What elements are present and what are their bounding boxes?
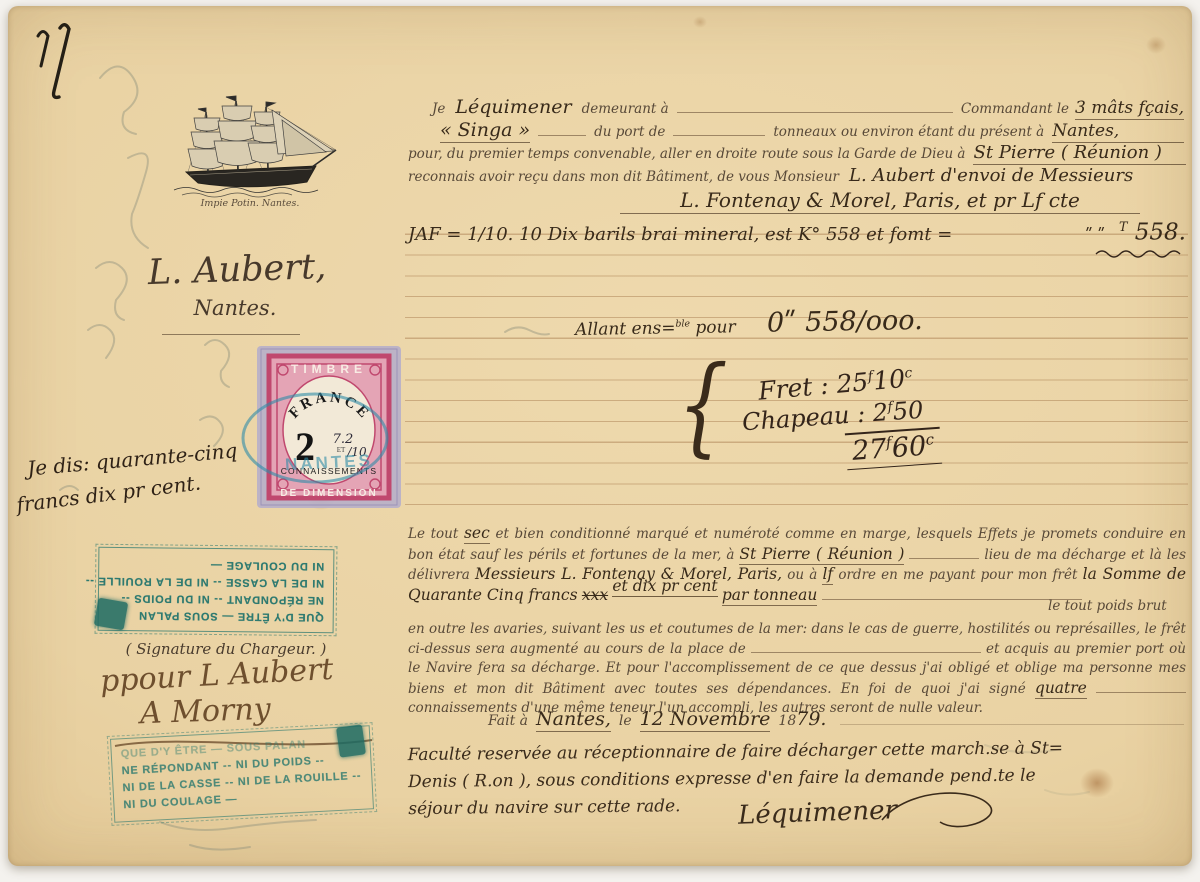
interline-insert: et dix pr cent [612, 577, 717, 598]
clause-tail: le tout poids brut [1048, 598, 1167, 614]
total-value: 558. [1135, 220, 1186, 246]
fret-label: Fret : [757, 371, 830, 406]
letterhead-rule [162, 334, 300, 335]
consignee-line: L. Fontenay & Morel, Paris, et pr Lf cte [620, 188, 1140, 214]
letterhead-city: Nantes. [150, 296, 320, 320]
print-text: Le tout [408, 526, 458, 542]
fret-centimes: 10 [872, 364, 906, 396]
form-line-1: Je Léquimener demeurant à Commandant le … [432, 96, 1184, 120]
print-text: ou à [787, 567, 817, 583]
master-signature: Léquimener [738, 795, 898, 831]
blank-rule [1096, 680, 1186, 693]
date-year: 79. [796, 708, 826, 730]
print-text: Je [432, 101, 445, 117]
form-line-2: « Singa » du port de tonneaux ou environ… [440, 119, 1184, 143]
blank-rule [538, 121, 586, 136]
form-line-3: pour, du premier temps convenable, aller… [408, 142, 1186, 165]
clause-stamp: QUE D'Y ÊTRE — SOUS PALAN NE RÉPONDANT -… [110, 725, 374, 822]
copies-count: quatre [1035, 679, 1087, 699]
total-sup-c: c [925, 430, 935, 449]
blank-rule [673, 121, 765, 136]
vessel-type: 3 mâts fçais, [1075, 98, 1184, 120]
scanned-bill-of-lading: Impie Potin. Nantes. L. Aubert, Nantes. … [0, 0, 1200, 882]
ink-blob [94, 598, 128, 631]
cargo-total: T 558. [1119, 219, 1186, 246]
ruled-lines [405, 214, 1188, 524]
print-text: pour, du premier temps convenable, aller… [408, 146, 965, 162]
print-text: 18 [778, 713, 796, 729]
blank-rule [952, 225, 1085, 239]
total-sup: T [1119, 219, 1127, 234]
print-text: le [619, 713, 632, 729]
stamp-line: QUE D'Y ÊTRE — SOUS PALAN [108, 606, 324, 625]
clause-paragraph-2: en outre les avaries, suivant les us et … [408, 620, 1186, 719]
master-name: Léquimener [455, 96, 571, 118]
print-text: du port de [594, 124, 665, 140]
date-line: Fait à Nantes, le 12 Novembre 1879. [488, 708, 1184, 732]
ensemble-text: Allant ens= [575, 318, 676, 340]
stamp-line: NI DE LA CASSE -- NI DE LA ROUILLE -- [108, 572, 324, 591]
total-francs: 27 [851, 434, 887, 467]
print-text: tonneaux ou environ étant du présent à [773, 124, 1044, 140]
date-day-month: 12 Novembre [640, 708, 771, 732]
destination-repeat: St Pierre ( Réunion ) [739, 545, 904, 565]
print-text: demeurant à [582, 101, 669, 117]
ensemble-sup: ble [675, 318, 690, 329]
ditto-marks: ʺ ʺ [1085, 225, 1105, 244]
chapeau-centimes: 50 [892, 396, 924, 426]
blank-rule [677, 98, 953, 113]
print-text: Fait à [488, 713, 528, 729]
shipper-name: L. Aubert d'envoi de Messieurs [849, 165, 1133, 186]
form-line-4: reconnais avoir reçu dans mon dit Bâtime… [408, 165, 1186, 186]
ensemble-value: 0ʺ 558/ooo. [767, 305, 923, 339]
clause-stamp-inverted: QUE D'Y ÊTRE — SOUS PALAN NE RÉPONDANT -… [98, 547, 335, 633]
hand-insert: sec [464, 524, 490, 544]
fret-francs: 25 [835, 367, 869, 399]
destination: St Pierre ( Réunion ) [973, 142, 1186, 165]
freight-brace: { [676, 351, 728, 461]
letterhead-name: L. Aubert, [121, 246, 352, 294]
agent-signature: A Morny [139, 692, 271, 732]
ship-name: « Singa » [440, 119, 530, 143]
fret-sup-c: c [904, 365, 913, 382]
total-centimes: 60 [891, 431, 927, 464]
cargo-line: JAF = 1/10. 10 Dix barils brai mineral, … [408, 219, 1186, 246]
cargo-description: JAF = 1/10. 10 Dix barils brai mineral, … [408, 224, 952, 245]
per-ton: par tonneau [722, 586, 817, 606]
freight-total: 27f60c [845, 427, 942, 471]
engraving-caption: Impie Potin. Nantes. [180, 198, 320, 209]
print-text: reconnais avoir reçu dans mon dit Bâtime… [408, 169, 839, 185]
struck-word: xxx [582, 586, 608, 604]
order-of: lf [822, 565, 833, 585]
blank-rule [840, 710, 1184, 725]
blank-rule [751, 640, 981, 653]
blank-rule [822, 586, 1082, 599]
stamp-line: NE RÉPONDANT -- NI DU POIDS -- [108, 589, 324, 608]
ensemble-text2: pour [695, 317, 736, 338]
print-text: Commandant le [961, 101, 1069, 117]
place-made: Nantes, [536, 708, 611, 732]
blank-rule [909, 545, 979, 558]
print-text: ordre en me payant pour mon frêt [838, 567, 1077, 583]
clause-paragraph-1: Le tout sec et bien conditionné marqué e… [408, 524, 1186, 606]
port-city: Nantes, [1052, 121, 1184, 143]
ink-blob [336, 724, 366, 757]
ensemble-line: Allant ens=ble pour 0ʺ 558/ooo. [575, 305, 923, 342]
